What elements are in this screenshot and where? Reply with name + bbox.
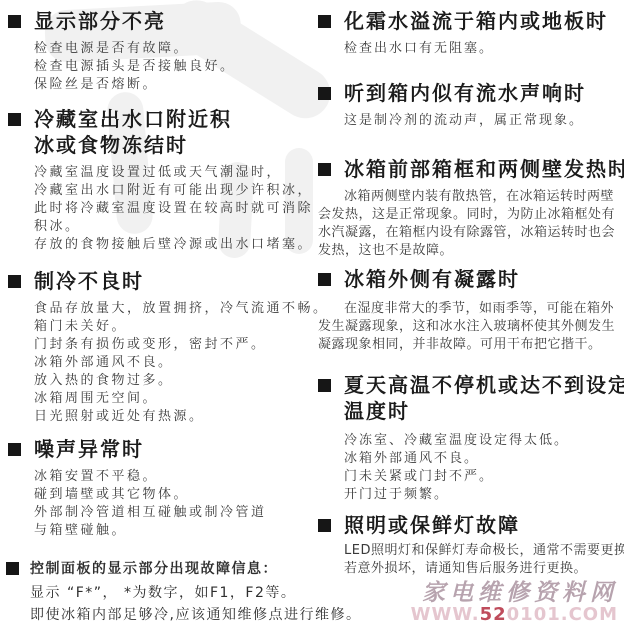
section-title: 听到箱内似有流水声响时 xyxy=(344,80,586,106)
bullet-square-icon xyxy=(318,87,331,100)
body-line: 检查电源插头是否接触良好。 xyxy=(34,58,310,76)
section-summer-nonstop: 夏天高温不停机或达不到设定 温度时 冷冻室、冷藏室温度设定得太低。 冰箱外部通风… xyxy=(318,372,622,504)
watermark-site-name: 家电维修资料网 xyxy=(411,581,618,605)
site-watermark: 家电维修资料网 WWW.520101.COM xyxy=(411,581,618,625)
body-line: 水汽凝露，在箱框内设有除露管，冰箱运转时也会 xyxy=(318,224,622,242)
body-line: 保险丝是否熔断。 xyxy=(34,76,310,94)
section-title: 冷藏室出水口附近积 xyxy=(34,106,232,132)
body-line: 冰箱外部通风不良。 xyxy=(344,450,622,468)
body-line: 发生凝露现象，这和冰水注入玻璃杯使其外侧发生 xyxy=(318,318,622,336)
body-line: 冰箱两侧壁内装有散热管，在冰箱运转时两壁 xyxy=(318,188,622,206)
bullet-square-icon xyxy=(318,163,331,176)
bullet-square-icon xyxy=(8,113,21,126)
footnote-line: 即使冰箱内部足够冷,应该通知维修点进行维修。 xyxy=(30,604,361,626)
section-title: 冰或食物冻结时 xyxy=(34,132,232,158)
bullet-square-icon xyxy=(8,443,21,456)
body-line: 外部制冷管道相互碰触或制冷管道 xyxy=(34,504,310,522)
section-water-flow-sound: 听到箱内似有流水声响时 这是制冷剂的流动声，属正常现象。 xyxy=(318,80,622,130)
section-title: 制冷不良时 xyxy=(34,268,144,294)
footnote-control-panel-fault: 控制面板的显示部分出现故障信息： 显示 “F*”， *为数字，如F1，F2等。 … xyxy=(6,558,361,626)
bullet-square-icon xyxy=(318,15,331,28)
body-line: 食品存放量大，放置拥挤，冷气流通不畅。 xyxy=(34,300,310,318)
body-line: 凝露现象相同，并非故障。可用干布把它揩干。 xyxy=(318,336,622,354)
body-line: 冰箱周围无空间。 xyxy=(34,390,310,408)
body-line: 若意外损坏，请通知售后服务进行更换。 xyxy=(344,560,622,578)
body-line: 碰到墙壁或其它物体。 xyxy=(34,486,310,504)
section-title: 化霜水溢流于箱内或地板时 xyxy=(344,8,608,34)
watermark-url-www: WWW. xyxy=(411,604,480,625)
body-line: 冰箱外部通风不良。 xyxy=(34,354,310,372)
body-line: 箱门未关好。 xyxy=(34,318,310,336)
manual-page: 显示部分不亮 检查电源是否有故障。 检查电源插头是否接触良好。 保险丝是否熔断。… xyxy=(0,0,624,627)
section-title: 噪声异常时 xyxy=(34,436,144,462)
bullet-square-icon xyxy=(8,275,21,288)
section-outside-condensation: 冰箱外侧有凝露时 在湿度非常大的季节，如雨季等，可能在箱外 发生凝露现象，这和冰… xyxy=(318,266,622,354)
body-line: 发热，这也不是故障。 xyxy=(318,242,622,260)
bullet-square-icon xyxy=(8,15,21,28)
section-display-not-lit: 显示部分不亮 检查电源是否有故障。 检查电源插头是否接触良好。 保险丝是否熔断。 xyxy=(8,8,310,94)
watermark-url: WWW.520101.COM xyxy=(411,605,618,625)
body-line: 存放的食物接触后壁冷源或出水口堵塞。 xyxy=(34,236,310,254)
section-title: 显示部分不亮 xyxy=(34,8,166,34)
left-column: 显示部分不亮 检查电源是否有故障。 检查电源插头是否接触良好。 保险丝是否熔断。… xyxy=(8,8,310,540)
right-column: 化霜水溢流于箱内或地板时 检查出水口有无阻塞。 听到箱内似有流水声响时 这是制冷… xyxy=(318,8,622,578)
footnote-line: 显示 “F*”， *为数字，如F1，F2等。 xyxy=(30,582,361,604)
body-line: 这是制冷剂的流动声，属正常现象。 xyxy=(344,112,622,130)
section-frame-walls-hot: 冰箱前部箱框和两侧壁发热时 冰箱两侧壁内装有散热管，在冰箱运转时两壁 会发热，这… xyxy=(318,156,622,260)
body-line: 放入热的食物过多。 xyxy=(34,372,310,390)
watermark-url-highlight: 52 xyxy=(480,604,507,625)
body-line: 检查出水口有无阻塞。 xyxy=(344,40,622,58)
section-abnormal-noise: 噪声异常时 冰箱安置不平稳。 碰到墙壁或其它物体。 外部制冷管道相互碰触或制冷管… xyxy=(8,436,310,540)
body-line: 检查电源是否有故障。 xyxy=(34,40,310,58)
footnote-title: 控制面板的显示部分出现故障信息： xyxy=(30,558,278,578)
section-defrost-overflow: 化霜水溢流于箱内或地板时 检查出水口有无阻塞。 xyxy=(318,8,622,58)
bullet-square-icon xyxy=(318,379,331,392)
bullet-square-icon xyxy=(318,519,331,532)
bullet-square-icon xyxy=(318,273,331,286)
watermark-url-rest: 0101.COM xyxy=(507,604,618,625)
body-line: 会发热，这是正常现象。同时，为防止冰箱框处有 xyxy=(318,206,622,224)
body-line: 在湿度非常大的季节，如雨季等，可能在箱外 xyxy=(318,300,622,318)
body-line: 此时将冷藏室温度设置在较高时就可消除 xyxy=(34,200,310,218)
section-poor-cooling: 制冷不良时 食品存放量大，放置拥挤，冷气流通不畅。 箱门未关好。 门封条有损伤或… xyxy=(8,268,310,426)
section-title: 夏天高温不停机或达不到设定 xyxy=(344,372,624,398)
body-line: 冷藏室温度设置过低或天气潮湿时， xyxy=(34,164,310,182)
section-lamp-failure: 照明或保鲜灯故障 LED照明灯和保鲜灯寿命极长，通常不需要更换。 若意外损坏，请… xyxy=(318,512,622,578)
bullet-square-icon xyxy=(6,562,19,575)
body-line: 日光照射或近处有热源。 xyxy=(34,408,310,426)
section-title: 温度时 xyxy=(344,398,624,424)
section-title: 照明或保鲜灯故障 xyxy=(344,512,520,538)
body-line: 开门过于频繁。 xyxy=(344,486,622,504)
body-line: LED照明灯和保鲜灯寿命极长，通常不需要更换。 xyxy=(344,542,622,560)
section-outlet-ice: 冷藏室出水口附近积 冰或食物冻结时 冷藏室温度设置过低或天气潮湿时， 冷藏室出水… xyxy=(8,106,310,254)
section-title: 冰箱前部箱框和两侧壁发热时 xyxy=(344,156,624,182)
body-line: 与箱壁碰触。 xyxy=(34,522,310,540)
body-line: 门封条有损伤或变形，密封不严。 xyxy=(34,336,310,354)
body-line: 积冰。 xyxy=(34,218,310,236)
body-line: 冷冻室、冷藏室温度设定得太低。 xyxy=(344,432,622,450)
body-line: 冷藏室出水口附近有可能出现少许积冰， xyxy=(34,182,310,200)
body-line: 冰箱安置不平稳。 xyxy=(34,468,310,486)
body-line: 门未关紧或门封不严。 xyxy=(344,468,622,486)
section-title: 冰箱外侧有凝露时 xyxy=(344,266,520,292)
